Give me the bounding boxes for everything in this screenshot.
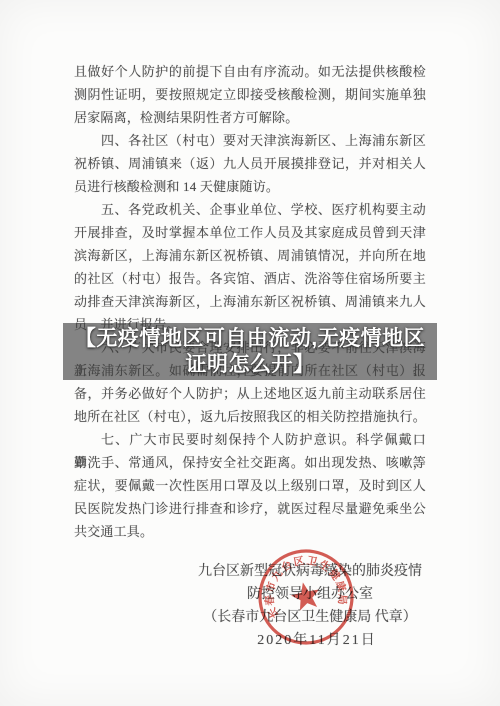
scanned-document-page: 且做好个人防护的前提下自由有序流动。如无法提供核酸检 测阴性证明，要按照规定立即… [0, 0, 500, 706]
document-line: 动排查天津滨海新区，上海浦东新区祝桥镇、周浦镇来九人 [74, 290, 426, 313]
document-line: 民医院发热门诊进行排查和诊疗，就医过程尽量避免乘坐公 [74, 497, 426, 520]
document-line: 居家隔离，检测结果阴性者方可解除。 [74, 106, 426, 129]
headline-line-1: 【无疫情地区可自由流动,无疫情地区 [75, 326, 425, 352]
document-line: 员进行核酸检测和 14 天健康随访。 [74, 175, 426, 198]
document-line: 祝桥镇、周浦镇来（返）九人员开展摸排登记，并对相关人 [74, 152, 426, 175]
document-line: 开展排查，及时掌握本单位工作人员及其家庭成员曾到天津 [74, 221, 426, 244]
document-line: 勤洗手、常通风，保持安全社交距离。如出现发热、咳嗽等 [74, 451, 426, 474]
document-line: 且做好个人防护的前提下自由有序流动。如无法提供核酸检 [74, 60, 426, 83]
document-body: 且做好个人防护的前提下自由有序流动。如无法提供核酸检 测阴性证明，要按照规定立即… [74, 60, 426, 543]
document-line: 症状，要佩戴一次性医用口罩及以上级别口罩，及时到区人 [74, 474, 426, 497]
document-line: 七、广大市民要时刻保持个人防护意识。科学佩戴口罩， [74, 428, 426, 451]
headline-overlay-banner: 【无疫情地区可自由流动,无疫情地区 证明怎么开】 [63, 323, 437, 380]
seal-star-icon [289, 579, 323, 611]
document-line: 地所在社区（村屯），返九后按照我区的相关防控措施执行。 [74, 405, 426, 428]
document-line: 五、各党政机关、企事业单位、学校、医疗机构要主动 [74, 198, 426, 221]
headline-line-2: 证明怎么开】 [186, 352, 315, 378]
document-line: 滨海新区，上海浦东新区祝桥镇、周浦镇情况，并向所在地 [74, 244, 426, 267]
document-line: 备，并务必做好个人防护；从上述地区返九前主动联系居住 [74, 382, 426, 405]
official-seal: 长春市九台区卫生健康局 [247, 538, 366, 657]
document-line: 测阴性证明，要按照规定立即接受核酸检测，期间实施单独 [74, 83, 426, 106]
document-line: 四、各社区（村屯）要对天津滨海新区、上海浦东新区 [74, 129, 426, 152]
document-line: 共交通工具。 [74, 520, 426, 543]
document-line: 的社区（村屯）报告。各宾馆、酒店、洗浴等住宿场所要主 [74, 267, 426, 290]
